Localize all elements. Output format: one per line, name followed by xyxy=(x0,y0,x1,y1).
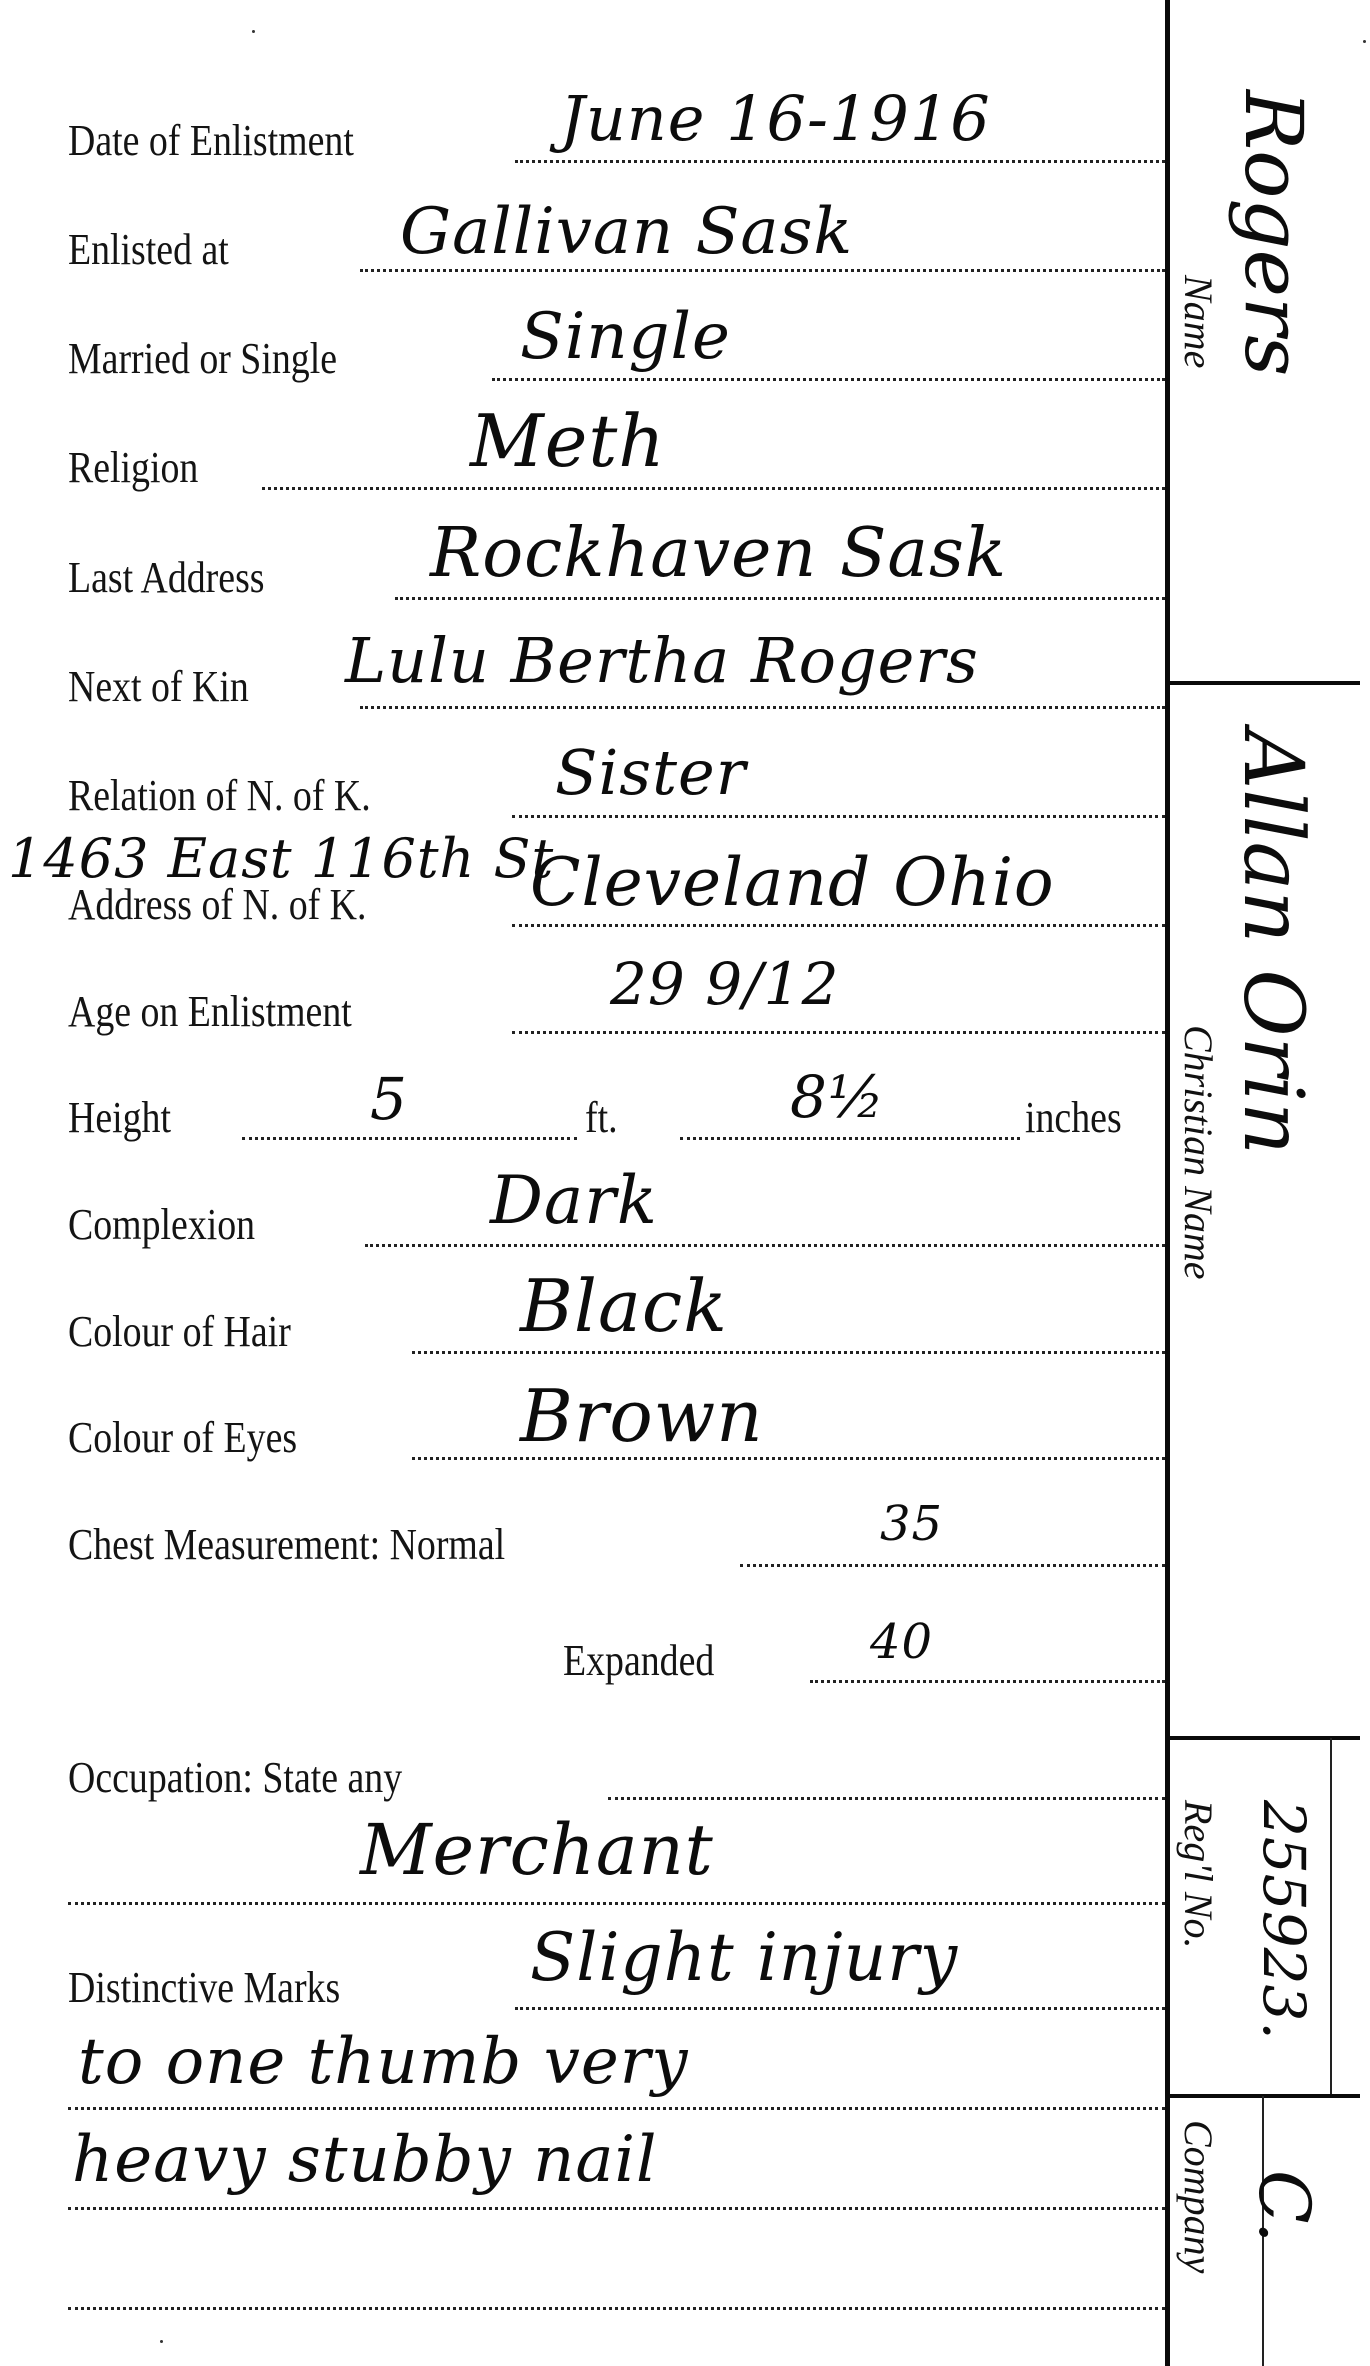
dotted-line xyxy=(360,706,1165,709)
field-label: Expanded xyxy=(563,1639,714,1683)
name-label: Name xyxy=(1175,275,1222,368)
dotted-line xyxy=(608,1797,1165,1800)
field-value-enlisted-at: Gallivan Sask xyxy=(400,200,853,264)
field-label: Colour of Hair xyxy=(68,1310,291,1354)
christian-name-label: Christian Name xyxy=(1175,1025,1222,1279)
panel-divider-vertical xyxy=(1165,0,1170,2366)
panel-divider-name xyxy=(1170,681,1360,685)
dotted-line xyxy=(365,1244,1165,1247)
field-label: Occupation: State any xyxy=(68,1756,402,1800)
dotted-line xyxy=(512,924,1165,927)
field-label: Relation of N. of K. xyxy=(68,774,371,818)
field-value-chest-normal: 35 xyxy=(880,1500,943,1548)
dotted-line xyxy=(512,815,1165,818)
dotted-line xyxy=(262,487,1165,490)
dotted-line xyxy=(810,1680,1165,1683)
dotted-line xyxy=(68,2207,1165,2210)
panel-thin-divider xyxy=(1330,1738,1332,2094)
field-value-religion: Meth xyxy=(470,405,666,477)
field-label: Enlisted at xyxy=(68,228,229,272)
dotted-line xyxy=(395,597,1165,600)
field-label: Next of Kin xyxy=(68,665,249,709)
regt-no-label: Reg'l No. xyxy=(1175,1800,1222,1949)
dotted-line xyxy=(515,2007,1165,2010)
scan-speck xyxy=(160,2340,163,2343)
regt-no-value: 255923. xyxy=(1250,1800,1318,2040)
dotted-line xyxy=(680,1137,1020,1140)
field-value-hair: Black xyxy=(520,1270,728,1342)
field-value-eyes: Brown xyxy=(520,1380,764,1452)
field-value-marital-status: Single xyxy=(520,305,731,369)
company-label: Company xyxy=(1175,2120,1222,2273)
field-value-last-address: Rockhaven Sask xyxy=(430,520,1007,588)
field-label: Complexion xyxy=(68,1203,255,1247)
field-value-date: June 16-1916 xyxy=(560,88,991,150)
field-label: Distinctive Marks xyxy=(68,1966,340,2010)
field-label: Married or Single xyxy=(68,337,337,381)
dotted-line xyxy=(492,378,1165,381)
field-label: Colour of Eyes xyxy=(68,1416,297,1460)
attestation-card: Date of Enlistment June 16-1916 Enlisted… xyxy=(0,0,1370,2366)
christian-name-value: Allan Orin xyxy=(1225,730,1320,1155)
feet-unit-label: ft. xyxy=(585,1096,618,1140)
panel-divider-regt-no xyxy=(1170,2094,1360,2098)
field-value-chest-expanded: 40 xyxy=(870,1618,933,1666)
field-label: Height xyxy=(68,1096,171,1140)
field-value-complexion: Dark xyxy=(490,1168,658,1234)
field-value-distinctive-marks: Slight injury xyxy=(530,1925,958,1991)
dotted-line xyxy=(68,1902,1165,1905)
field-value-age: 29 9/12 xyxy=(610,955,839,1013)
field-value-height-feet: 5 xyxy=(370,1070,408,1128)
dotted-line xyxy=(512,1031,1165,1034)
field-value-relation: Sister xyxy=(555,742,746,804)
field-value-street-address: 1463 East 116th St xyxy=(8,832,554,886)
dotted-line xyxy=(360,269,1165,272)
field-label: Address of N. of K. xyxy=(68,883,366,927)
field-label: Chest Measurement: Normal xyxy=(68,1523,505,1567)
dotted-line xyxy=(242,1137,577,1140)
field-label: Date of Enlistment xyxy=(68,119,354,163)
name-value: Rogers xyxy=(1227,90,1320,376)
scan-speck xyxy=(1363,40,1366,43)
dotted-line xyxy=(68,2107,1165,2110)
dotted-line xyxy=(740,1564,1165,1567)
dotted-line xyxy=(515,160,1165,163)
field-value-distinctive-marks-line-2: to one thumb very xyxy=(78,2030,689,2094)
company-value: C. xyxy=(1243,2170,1325,2243)
dotted-line xyxy=(68,2307,1165,2310)
field-value-height-inches: 8½ xyxy=(790,1068,885,1126)
field-label: Religion xyxy=(68,446,198,490)
field-value-next-of-kin: Lulu Bertha Rogers xyxy=(345,630,979,692)
field-label: Age on Enlistment xyxy=(68,990,352,1034)
scan-speck xyxy=(252,30,255,33)
field-value-city: Cleveland Ohio xyxy=(530,850,1055,916)
inches-unit-label: inches xyxy=(1025,1096,1122,1140)
field-value-distinctive-marks-line-3: heavy stubby nail xyxy=(72,2128,657,2192)
dotted-line xyxy=(412,1351,1165,1354)
field-label: Last Address xyxy=(68,556,265,600)
field-value-occupation: Merchant xyxy=(360,1815,714,1885)
scan-speck xyxy=(200,1010,203,1013)
